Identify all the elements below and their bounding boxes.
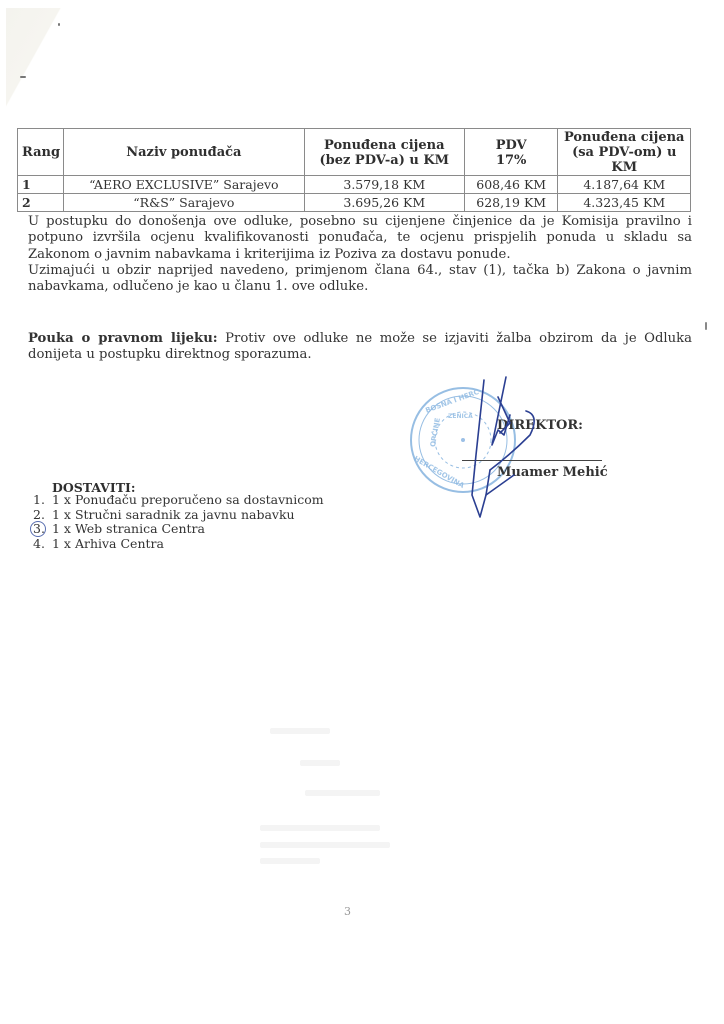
reasoning-paragraph: U postupku do donošenja ove odluke, pose… — [28, 214, 692, 263]
cell-gross-price: 4.187,64 KM — [558, 176, 691, 194]
table-row: 1 “AERO EXCLUSIVE” Sarajevo 3.579,18 KM … — [18, 176, 691, 194]
cell-rank: 1 — [18, 176, 64, 194]
scan-speck — [58, 23, 60, 26]
list-item-number: 1. — [33, 493, 45, 508]
cell-vat: 608,46 KM — [464, 176, 558, 194]
list-item-number: 4. — [33, 537, 45, 552]
delivery-list: 1. 1 x Ponuđaču preporučeno sa dostavnic… — [30, 493, 324, 551]
legal-remedy-paragraph: Pouka o pravnom lijeku: Protiv ove odluk… — [28, 331, 692, 364]
bleed-through-artifact — [270, 728, 330, 734]
bleed-through-artifact — [305, 790, 380, 796]
legal-remedy-label: Pouka o pravnom lijeku: — [28, 331, 218, 346]
header-gross-price-line1: Ponuđena cijena — [564, 130, 684, 145]
offers-table: Rang Naziv ponuđača Ponuđena cijena (bez… — [17, 128, 691, 212]
header-net-price: Ponuđena cijena (bez PDV-a) u KM — [304, 129, 464, 176]
header-vat: PDV 17% — [464, 129, 558, 176]
table-row: 2 “R&S” Sarajevo 3.695,26 KM 628,19 KM 4… — [18, 194, 691, 212]
page-number: 3 — [344, 905, 351, 918]
scan-corner-shadow — [6, 8, 66, 116]
cell-net-price: 3.579,18 KM — [304, 176, 464, 194]
list-item-number: 2. — [33, 508, 45, 523]
list-item: 2. 1 x Stručni saradnik za javnu nabavku — [30, 508, 324, 523]
list-item: 3. 1 x Web stranica Centra — [30, 522, 324, 537]
bleed-through-artifact — [260, 858, 320, 864]
header-gross-price-line2: (sa PDV-om) u KM — [572, 145, 676, 175]
header-net-price-line2: (bez PDV-a) u KM — [320, 153, 450, 168]
header-rank: Rang — [18, 129, 64, 176]
list-item: 1. 1 x Ponuđaču preporučeno sa dostavnic… — [30, 493, 324, 508]
scan-speck — [20, 76, 26, 78]
cell-vat: 628,19 KM — [464, 194, 558, 212]
handwritten-signature-icon — [470, 375, 560, 525]
list-item-text: 1 x Stručni saradnik za javnu nabavku — [52, 507, 295, 522]
cell-bidder-name: “AERO EXCLUSIVE” Sarajevo — [64, 176, 305, 194]
header-vat-line2: 17% — [496, 153, 526, 168]
table-header-row: Rang Naziv ponuđača Ponuđena cijena (bez… — [18, 129, 691, 176]
cell-gross-price: 4.323,45 KM — [558, 194, 691, 212]
conclusion-paragraph: Uzimajući u obzir naprijed navedeno, pri… — [28, 263, 692, 296]
list-item: 4. 1 x Arhiva Centra — [30, 537, 324, 552]
header-net-price-line1: Ponuđena cijena — [324, 138, 444, 153]
svg-text:HERCEGOVINA: HERCEGOVINA — [412, 455, 466, 491]
cell-rank: 2 — [18, 194, 64, 212]
scan-speck — [705, 322, 707, 330]
bleed-through-artifact — [260, 825, 380, 831]
svg-text:OPĆINE: OPĆINE — [428, 417, 442, 448]
list-item-text: 1 x Web stranica Centra — [52, 521, 205, 536]
list-item-number: 3. — [33, 522, 45, 537]
bleed-through-artifact — [260, 842, 390, 848]
header-gross-price: Ponuđena cijena (sa PDV-om) u KM — [558, 129, 691, 176]
cell-net-price: 3.695,26 KM — [304, 194, 464, 212]
cell-bidder-name: “R&S” Sarajevo — [64, 194, 305, 212]
bleed-through-artifact — [300, 760, 340, 766]
header-vat-line1: PDV — [496, 138, 527, 153]
list-item-text: 1 x Ponuđaču preporučeno sa dostavnicom — [52, 492, 324, 507]
list-item-text: 1 x Arhiva Centra — [52, 536, 164, 551]
header-bidder-name: Naziv ponuđača — [64, 129, 305, 176]
